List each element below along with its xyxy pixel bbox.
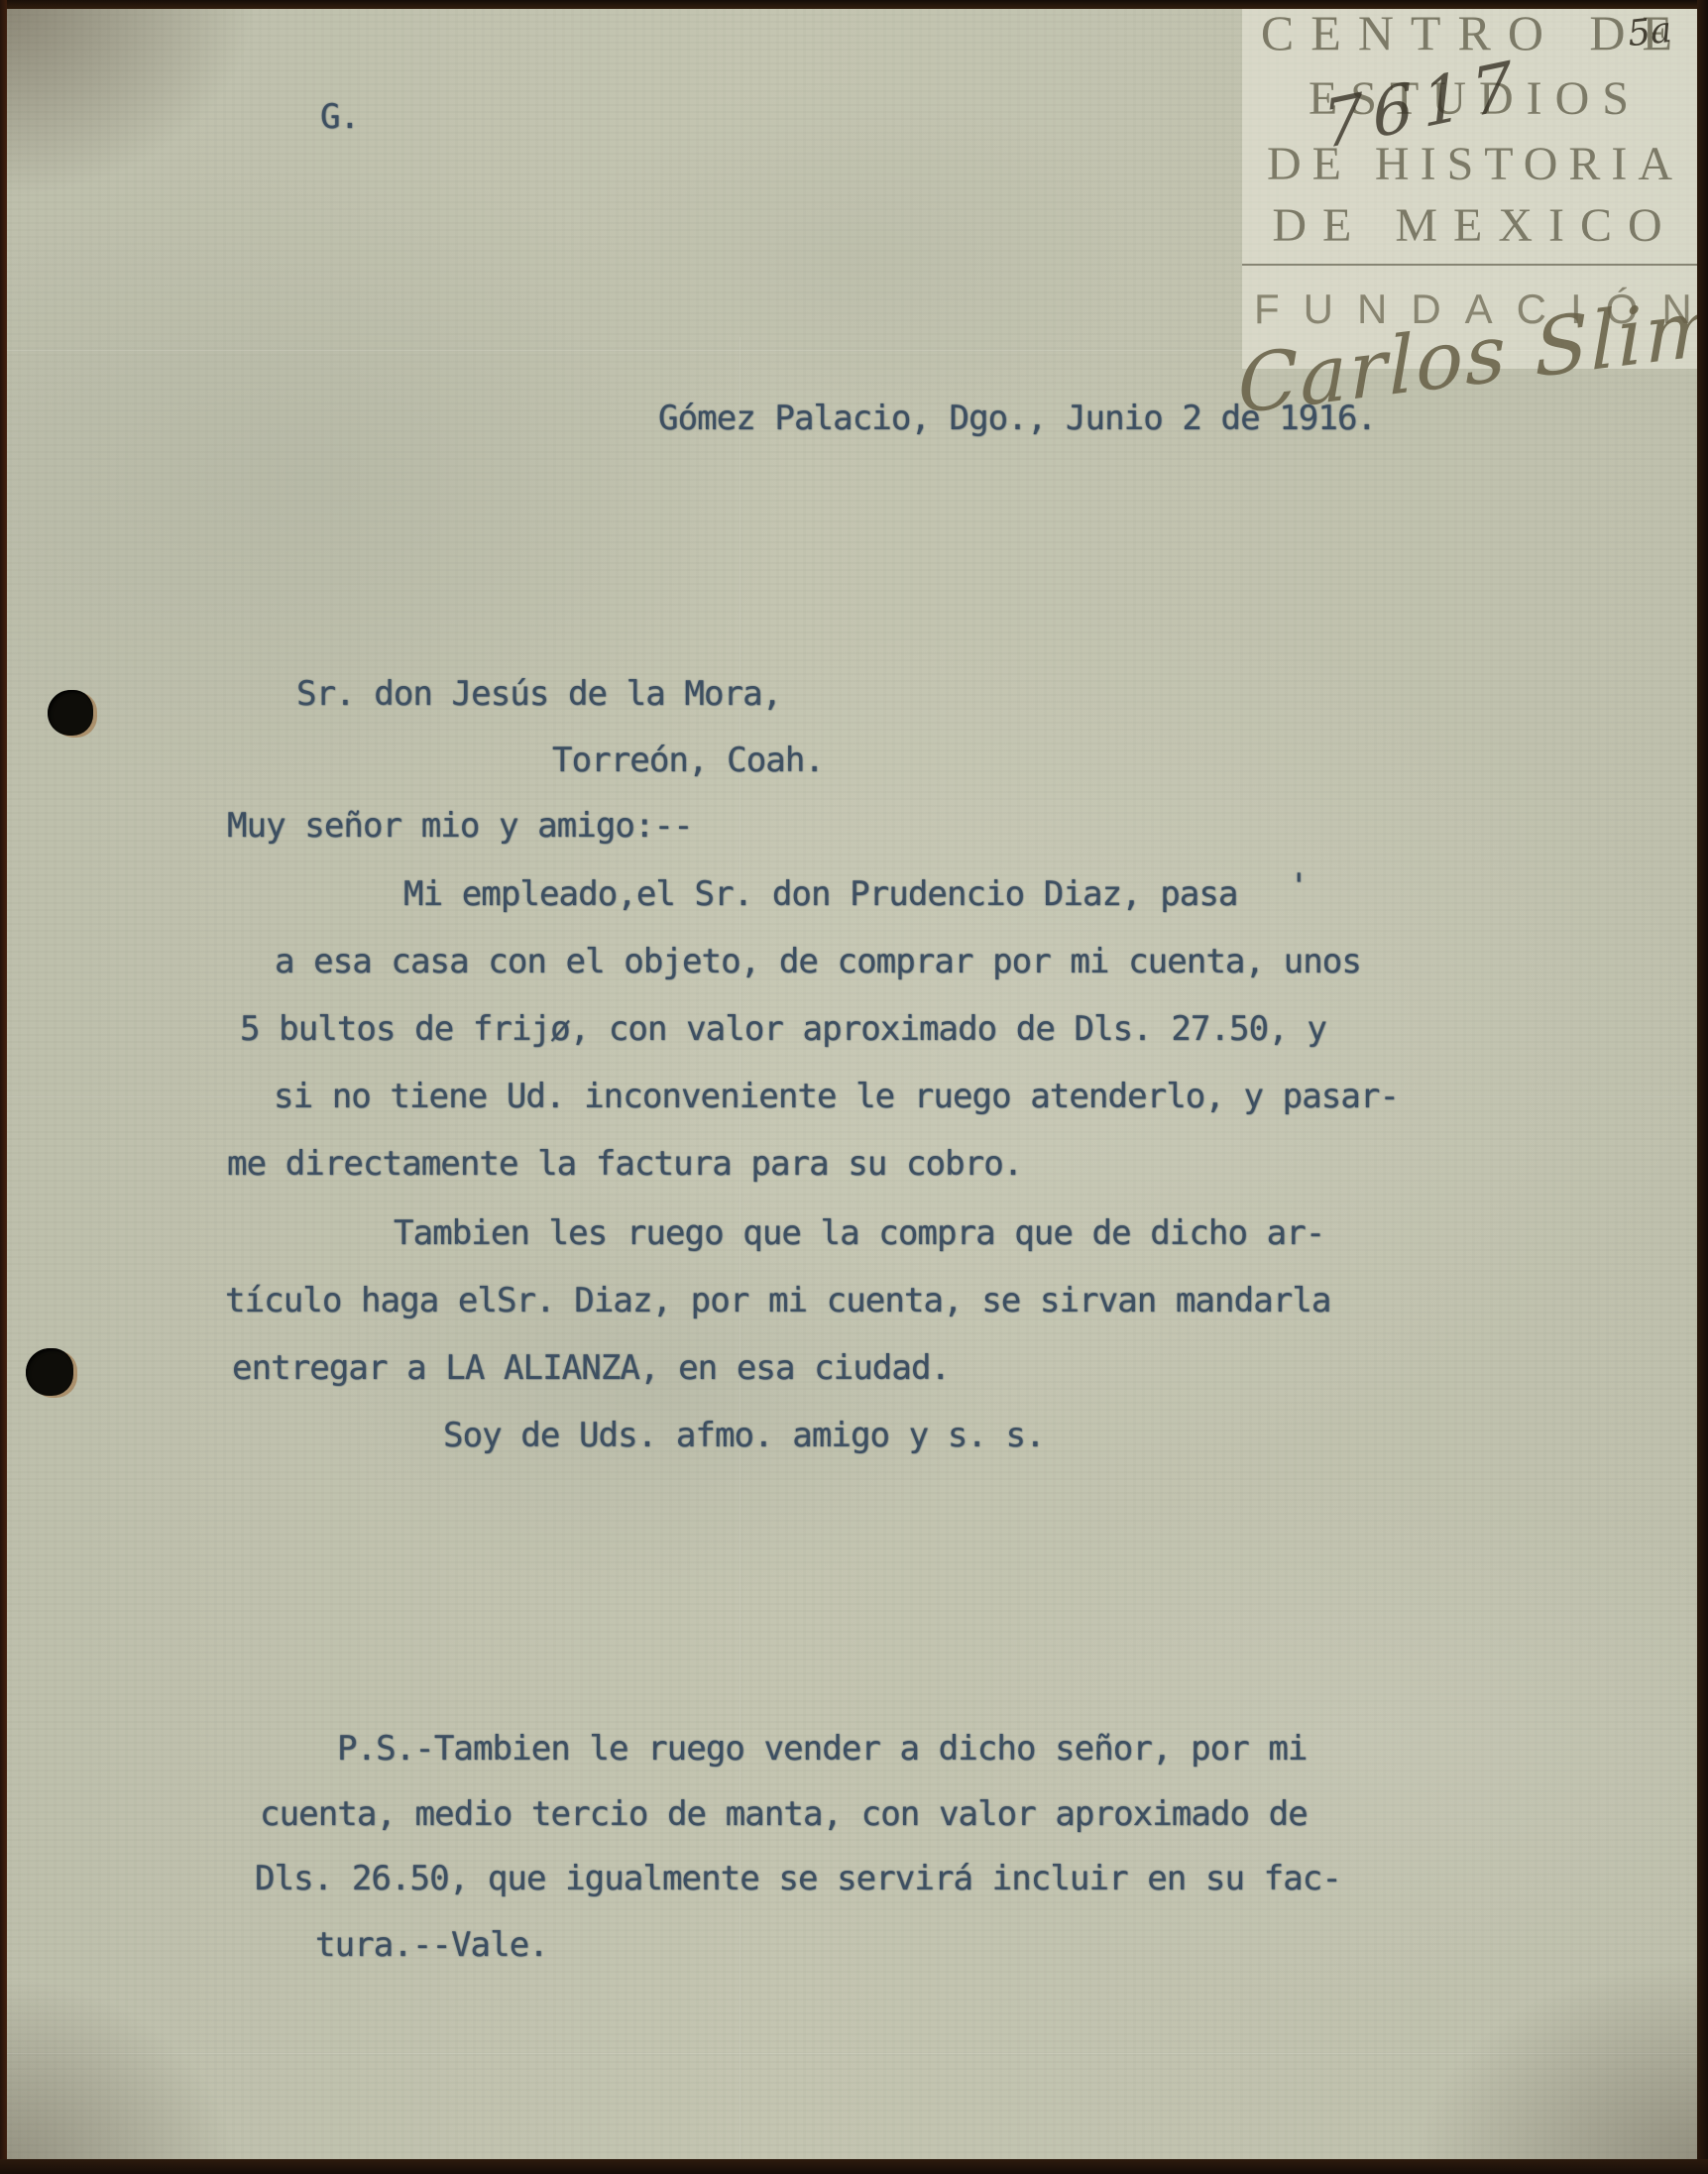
typed-line: entregar a LA ALIANZA, en esa ciudad. <box>232 1350 950 1387</box>
horizontal-crease <box>0 2052 1708 2055</box>
typed-line: Mi empleado,el Sr. don Prudencio Diaz, p… <box>403 876 1238 913</box>
typed-line: me directamente la factura para su cobro… <box>227 1146 1022 1183</box>
typed-line: Tambien les ruego que la compra que de d… <box>394 1215 1324 1252</box>
corner-shade <box>0 0 258 198</box>
typed-line: tura.--Vale. <box>315 1927 548 1964</box>
stamp-line: DE MEXICO <box>1242 198 1708 253</box>
stray-mark: ' <box>1289 868 1309 905</box>
scan-edge-top <box>0 0 1708 9</box>
typed-line: 5 bultos de frijø, con valor aproximado … <box>240 1011 1326 1048</box>
letter-page: CENTRO DE ESTUDIOS DE HISTORIA DE MEXICO… <box>0 0 1708 2174</box>
typed-line: P.S.-Tambien le ruego vender a dicho señ… <box>337 1731 1308 1768</box>
corner-shade <box>0 1976 238 2174</box>
typed-line: tículo haga elSr. Diaz, por mi cuenta, s… <box>225 1283 1330 1319</box>
salutation: Muy señor mio y amigo:-- <box>227 808 693 845</box>
typed-line: si no tiene Ud. inconveniente le ruego a… <box>274 1079 1399 1115</box>
punch-hole-bottom <box>26 1348 73 1396</box>
dateline: Gómez Palacio, Dgo., Junio 2 de 1916. <box>658 400 1376 437</box>
typed-line: Soy de Uds. afmo. amigo y s. s. <box>443 1418 1045 1454</box>
typed-line: cuenta, medio tercio de manta, con valor… <box>260 1796 1308 1833</box>
stamp-line: DE HISTORIA <box>1242 137 1708 191</box>
scan-edge-right <box>1697 0 1708 2174</box>
recipient-city-line: Torreón, Coah. <box>552 743 824 779</box>
typed-line: a esa casa con el objeto, de comprar por… <box>275 944 1361 980</box>
folio-annotation: 5a <box>1626 10 1673 55</box>
recipient-name-line: Sr. don Jesús de la Mora, <box>296 676 781 713</box>
stamp-divider <box>1242 264 1708 266</box>
scan-edge-left <box>0 0 7 2174</box>
scan-edge-bottom <box>0 2159 1708 2174</box>
corner-mark: G. <box>320 99 359 136</box>
typed-line: Dls. 26.50, que igualmente se servirá in… <box>255 1861 1341 1897</box>
punch-hole-top <box>48 690 93 736</box>
corner-shade <box>1411 1956 1708 2174</box>
